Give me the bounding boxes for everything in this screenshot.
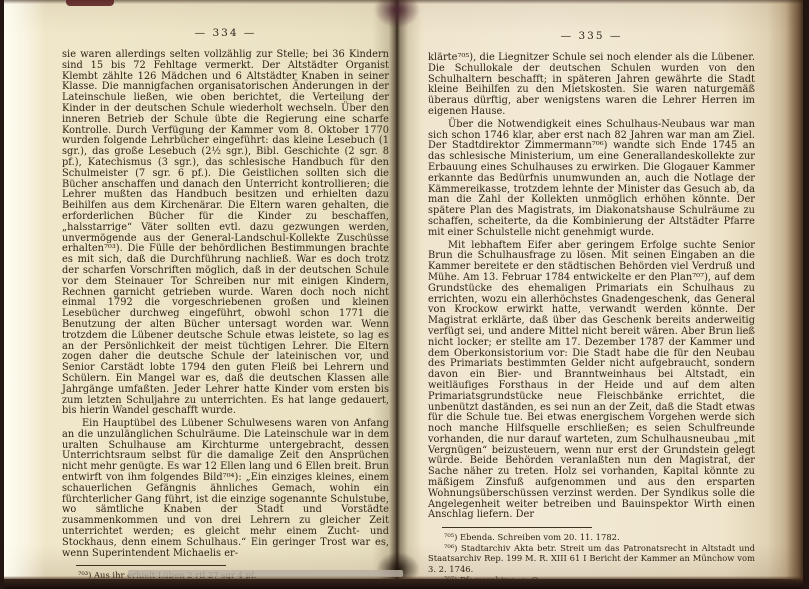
body-paragraph: Mit lebhaftem Eifer aber geringem Erfolg… [428, 241, 755, 522]
footnote: ⁷⁰⁷) Pfarrarchiv a. a. O. [428, 575, 755, 586]
page-number-left: — 334 — [62, 27, 389, 39]
body-paragraph: Über die Notwendigkeit eines Schulhaus-N… [428, 120, 755, 239]
page-335: — 335 — klärte⁷⁰⁵), die Liegnitzer Schul… [428, 30, 755, 585]
page-number-right: — 335 — [428, 30, 755, 42]
footnote-rule [76, 565, 226, 566]
cover-spine-patch [66, 0, 114, 6]
page-335-body: klärte⁷⁰⁵), die Liegnitzer Schule sei no… [428, 53, 755, 521]
footnote: ⁷⁰⁴) Pfarrarchiv Akta gen. betr. Stadtsc… [62, 581, 389, 589]
footnote-rule [442, 527, 592, 528]
bottom-page-edges [128, 570, 403, 577]
footnote: ⁷⁰⁵) Ebenda. Schreiben vom 20. 11. 1782. [428, 532, 755, 543]
footnote: ⁷⁰⁶) Stadtarchiv Akta betr. Streit um da… [428, 543, 755, 575]
book-cover-edge-right [803, 0, 809, 589]
open-book: — 334 — sie waren allerdings selten voll… [3, 0, 804, 579]
body-paragraph: sie waren allerdings selten vollzählig z… [62, 50, 389, 417]
book-photo: — 334 — sie waren allerdings selten voll… [0, 0, 809, 589]
page-335-footnotes: ⁷⁰⁵) Ebenda. Schreiben vom 20. 11. 1782.… [428, 532, 755, 585]
body-paragraph: klärte⁷⁰⁵), die Liegnitzer Schule sei no… [428, 53, 755, 118]
page-334-body: sie waren allerdings selten vollzählig z… [62, 50, 389, 559]
body-paragraph: Ein Hauptübel des Lübener Schulwesens wa… [62, 419, 389, 559]
page-334: — 334 — sie waren allerdings selten voll… [62, 27, 389, 589]
book-cover-edge-left [0, 0, 4, 589]
